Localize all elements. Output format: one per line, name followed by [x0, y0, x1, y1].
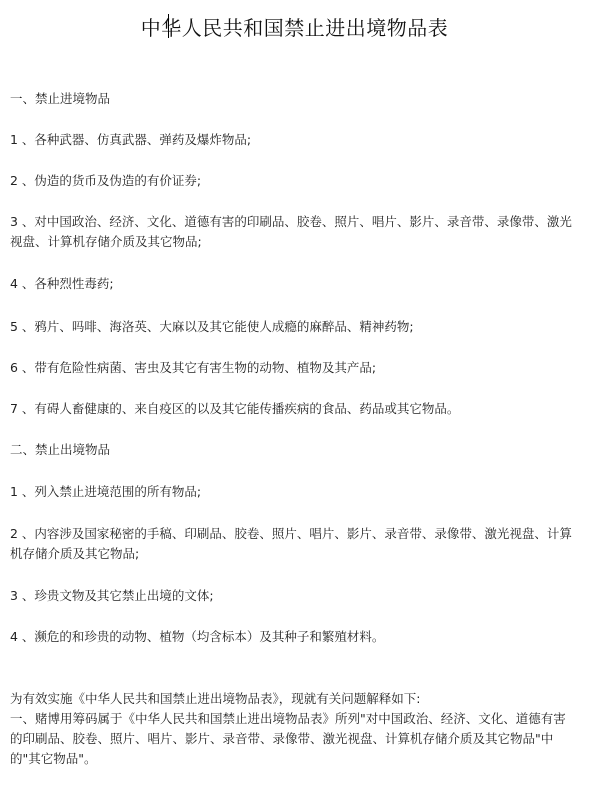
export-item-1: 1 、列入禁止进境范围的所有物品;	[10, 482, 572, 502]
export-item-2: 2 、内容涉及国家秘密的手稿、印刷品、胶卷、照片、唱片、影片、录音带、录像带、激…	[10, 524, 572, 564]
document-title: 中华人民共和国禁止进出境物品表	[0, 14, 589, 42]
import-item-6: 6 、带有危险性病菌、害虫及其它有害生物的动物、植物及其产品;	[10, 358, 572, 378]
text-cursor	[168, 14, 169, 38]
explanation-intro: 为有效实施《中华人民共和国禁止进出境物品表》，现就有关问题解释如下:	[10, 689, 572, 709]
section-heading-export: 二、禁止出境物品	[10, 440, 572, 460]
export-item-3: 3 、珍贵文物及其它禁止出境的文体;	[10, 586, 572, 606]
section-heading-import: 一、禁止进境物品	[10, 89, 572, 109]
import-item-3: 3 、对中国政治、经济、文化、道德有害的印刷品、胶卷、照片、唱片、影片、录音带、…	[10, 212, 572, 252]
import-item-5: 5 、鸦片、吗啡、海洛英、大麻以及其它能使人成瘾的麻醉品、精神药物;	[10, 317, 572, 337]
import-item-1: 1 、各种武器、仿真武器、弹药及爆炸物品;	[10, 130, 572, 150]
import-item-2: 2 、伪造的货币及伪造的有价证券;	[10, 171, 572, 191]
import-item-4: 4 、各种烈性毒药;	[10, 274, 572, 294]
export-item-4: 4 、濒危的和珍贵的动物、植物（均含标本）及其种子和繁殖材料。	[10, 627, 572, 647]
import-item-7: 7 、有碍人畜健康的、来自疫区的以及其它能传播疾病的食品、药品或其它物品。	[10, 399, 572, 419]
explanation-point-1: 一、赌博用筹码属于《中华人民共和国禁止进出境物品表》所列"对中国政治、经济、文化…	[10, 709, 572, 769]
